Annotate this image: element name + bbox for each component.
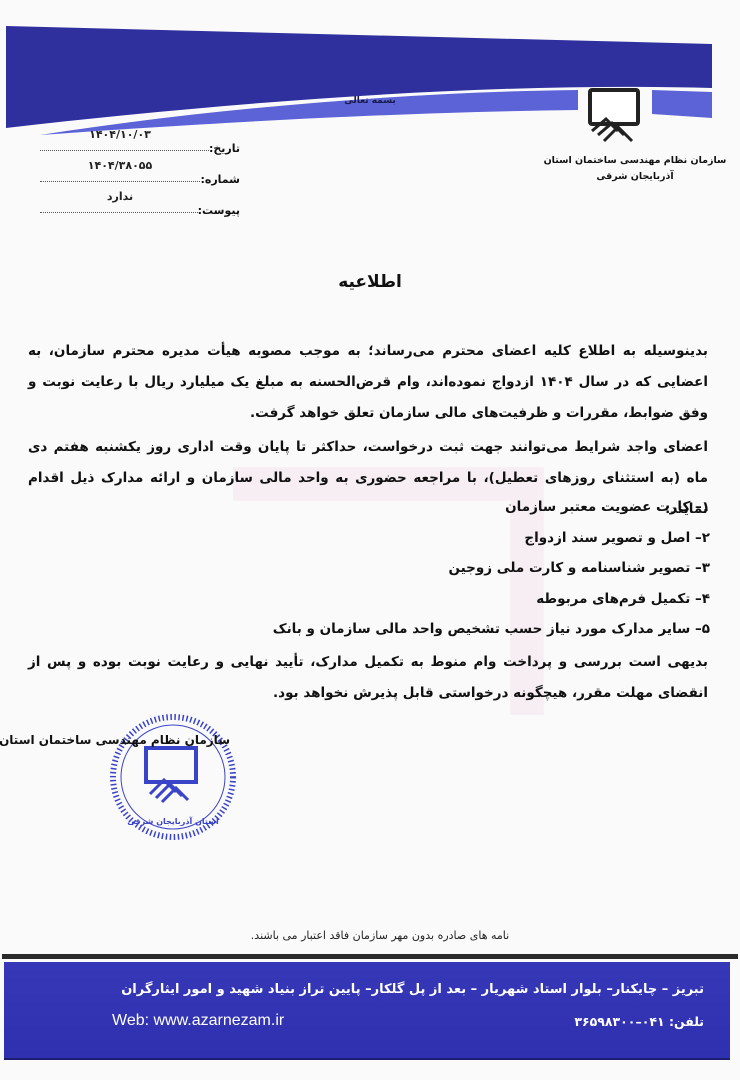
letter-meta: ۱۴۰۴/۱۰/۰۳ تاریخ: ۱۴۰۴/۳۸۰۵۵ شماره: ندار… — [40, 128, 240, 221]
requirement-item: ۲– اصل و تصویر سند ازدواج — [240, 523, 710, 554]
organization-name: سازمان نظام مهندسی ساختمان استان آذربایج… — [540, 153, 730, 185]
requirement-item: ۴– تکمیل فرم‌های مربوطه — [240, 584, 710, 615]
attachment-field: ندارد پیوست: — [40, 190, 240, 221]
paragraph-closing: بدیهی است بررسی و پرداخت وام منوط به تکم… — [28, 647, 708, 709]
number-label: شماره: — [200, 173, 240, 186]
footer-divider — [2, 954, 738, 959]
footer-band: تبریز – چایکنار– بلوار استاد شهریار – بع… — [4, 962, 730, 1060]
date-field: ۱۴۰۴/۱۰/۰۳ تاریخ: — [40, 128, 240, 159]
footer-website-link[interactable]: Web: www.azarnezam.ir — [112, 1012, 284, 1030]
official-stamp-icon: استان آذربایجان شرقی — [108, 712, 238, 842]
paragraph-intro: بدینوسیله به اطلاع کلیه اعضای محترم می‌ر… — [28, 336, 708, 429]
number-value: ۱۴۰۴/۳۸۰۵۵ — [40, 159, 200, 172]
requirement-item: ۳– تصویر شناسنامه و کارت ملی زوجین — [240, 553, 710, 584]
letter-title: اطلاعیه — [300, 272, 440, 292]
requirements-list: ۱– کارت عضویت معتبر سازمان ۲– اصل و تصوی… — [240, 492, 710, 645]
number-field: ۱۴۰۴/۳۸۰۵۵ شماره: — [40, 159, 240, 190]
svg-text:استان آذربایجان شرقی: استان آذربایجان شرقی — [127, 816, 219, 826]
date-value: ۱۴۰۴/۱۰/۰۳ — [40, 128, 200, 141]
bismillah-text: بسمه تعالی — [300, 96, 440, 106]
attachment-value: ندارد — [40, 190, 200, 203]
organization-logo-icon — [584, 87, 644, 147]
letter-page: بسمه تعالی سازمان نظام مهندسی ساختمان اس… — [0, 0, 740, 1080]
attachment-label: پیوست: — [198, 204, 240, 217]
footer-address: تبریز – چایکنار– بلوار استاد شهریار – بع… — [64, 982, 704, 997]
phone-value: ۰۴۱–۳۶۵۹۸۳۰۰ — [574, 1014, 664, 1029]
footer-phone: تلفن: ۰۴۱–۳۶۵۹۸۳۰۰ — [574, 1014, 704, 1029]
org-name-line1: سازمان نظام مهندسی ساختمان استان — [540, 153, 730, 169]
date-label: تاریخ: — [209, 142, 240, 155]
requirement-item: ۱– کارت عضویت معتبر سازمان — [240, 492, 710, 523]
signature-label: سازمان نظام مهندسی ساختمان استان — [20, 733, 230, 747]
phone-label: تلفن: — [669, 1014, 704, 1029]
org-name-line2: آذربایجان شرقی — [540, 169, 730, 185]
validity-notice: نامه های صادره بدون مهر سازمان فاقد اعتب… — [200, 929, 560, 942]
requirement-item: ۵– سایر مدارک مورد نیاز حسب تشخیص واحد م… — [240, 614, 710, 645]
